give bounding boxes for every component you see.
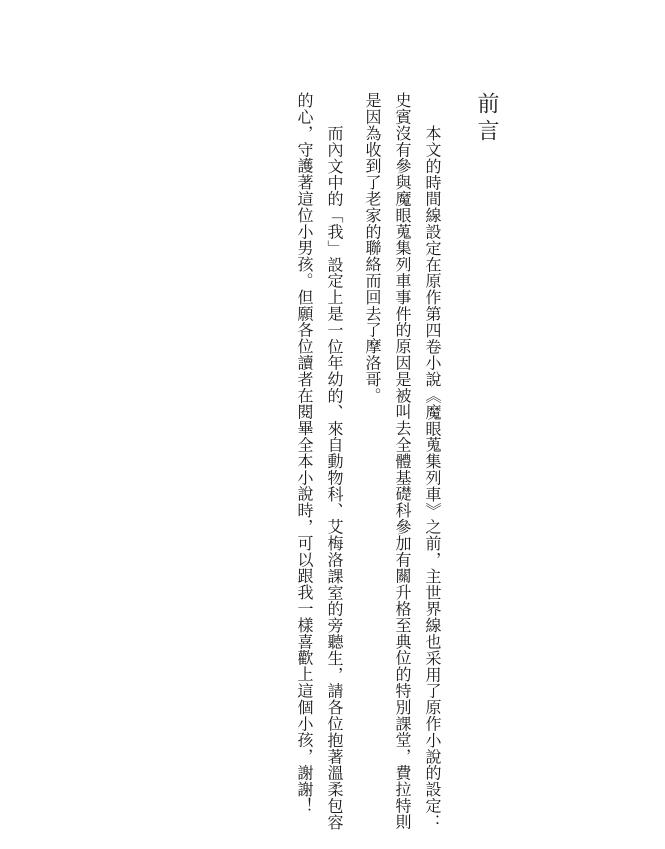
preface-title: 前言 <box>476 92 498 831</box>
preface-paragraph-2: 而內文中的「我」設定上是一位年幼的、來自動物科、艾梅洛課室的旁聽生，請各位抱著溫… <box>288 92 348 831</box>
preface-paragraph-1: 本文的時間線設定在原作第四卷小說《魔眼蒐集列車》之前，主世界線也采用了原作小說的… <box>356 92 446 831</box>
preface-text-block: 前言 本文的時間線設定在原作第四卷小說《魔眼蒐集列車》之前，主世界線也采用了原作… <box>288 92 528 831</box>
document-page: 前言 本文的時間線設定在原作第四卷小說《魔眼蒐集列車》之前，主世界線也采用了原作… <box>0 0 665 849</box>
